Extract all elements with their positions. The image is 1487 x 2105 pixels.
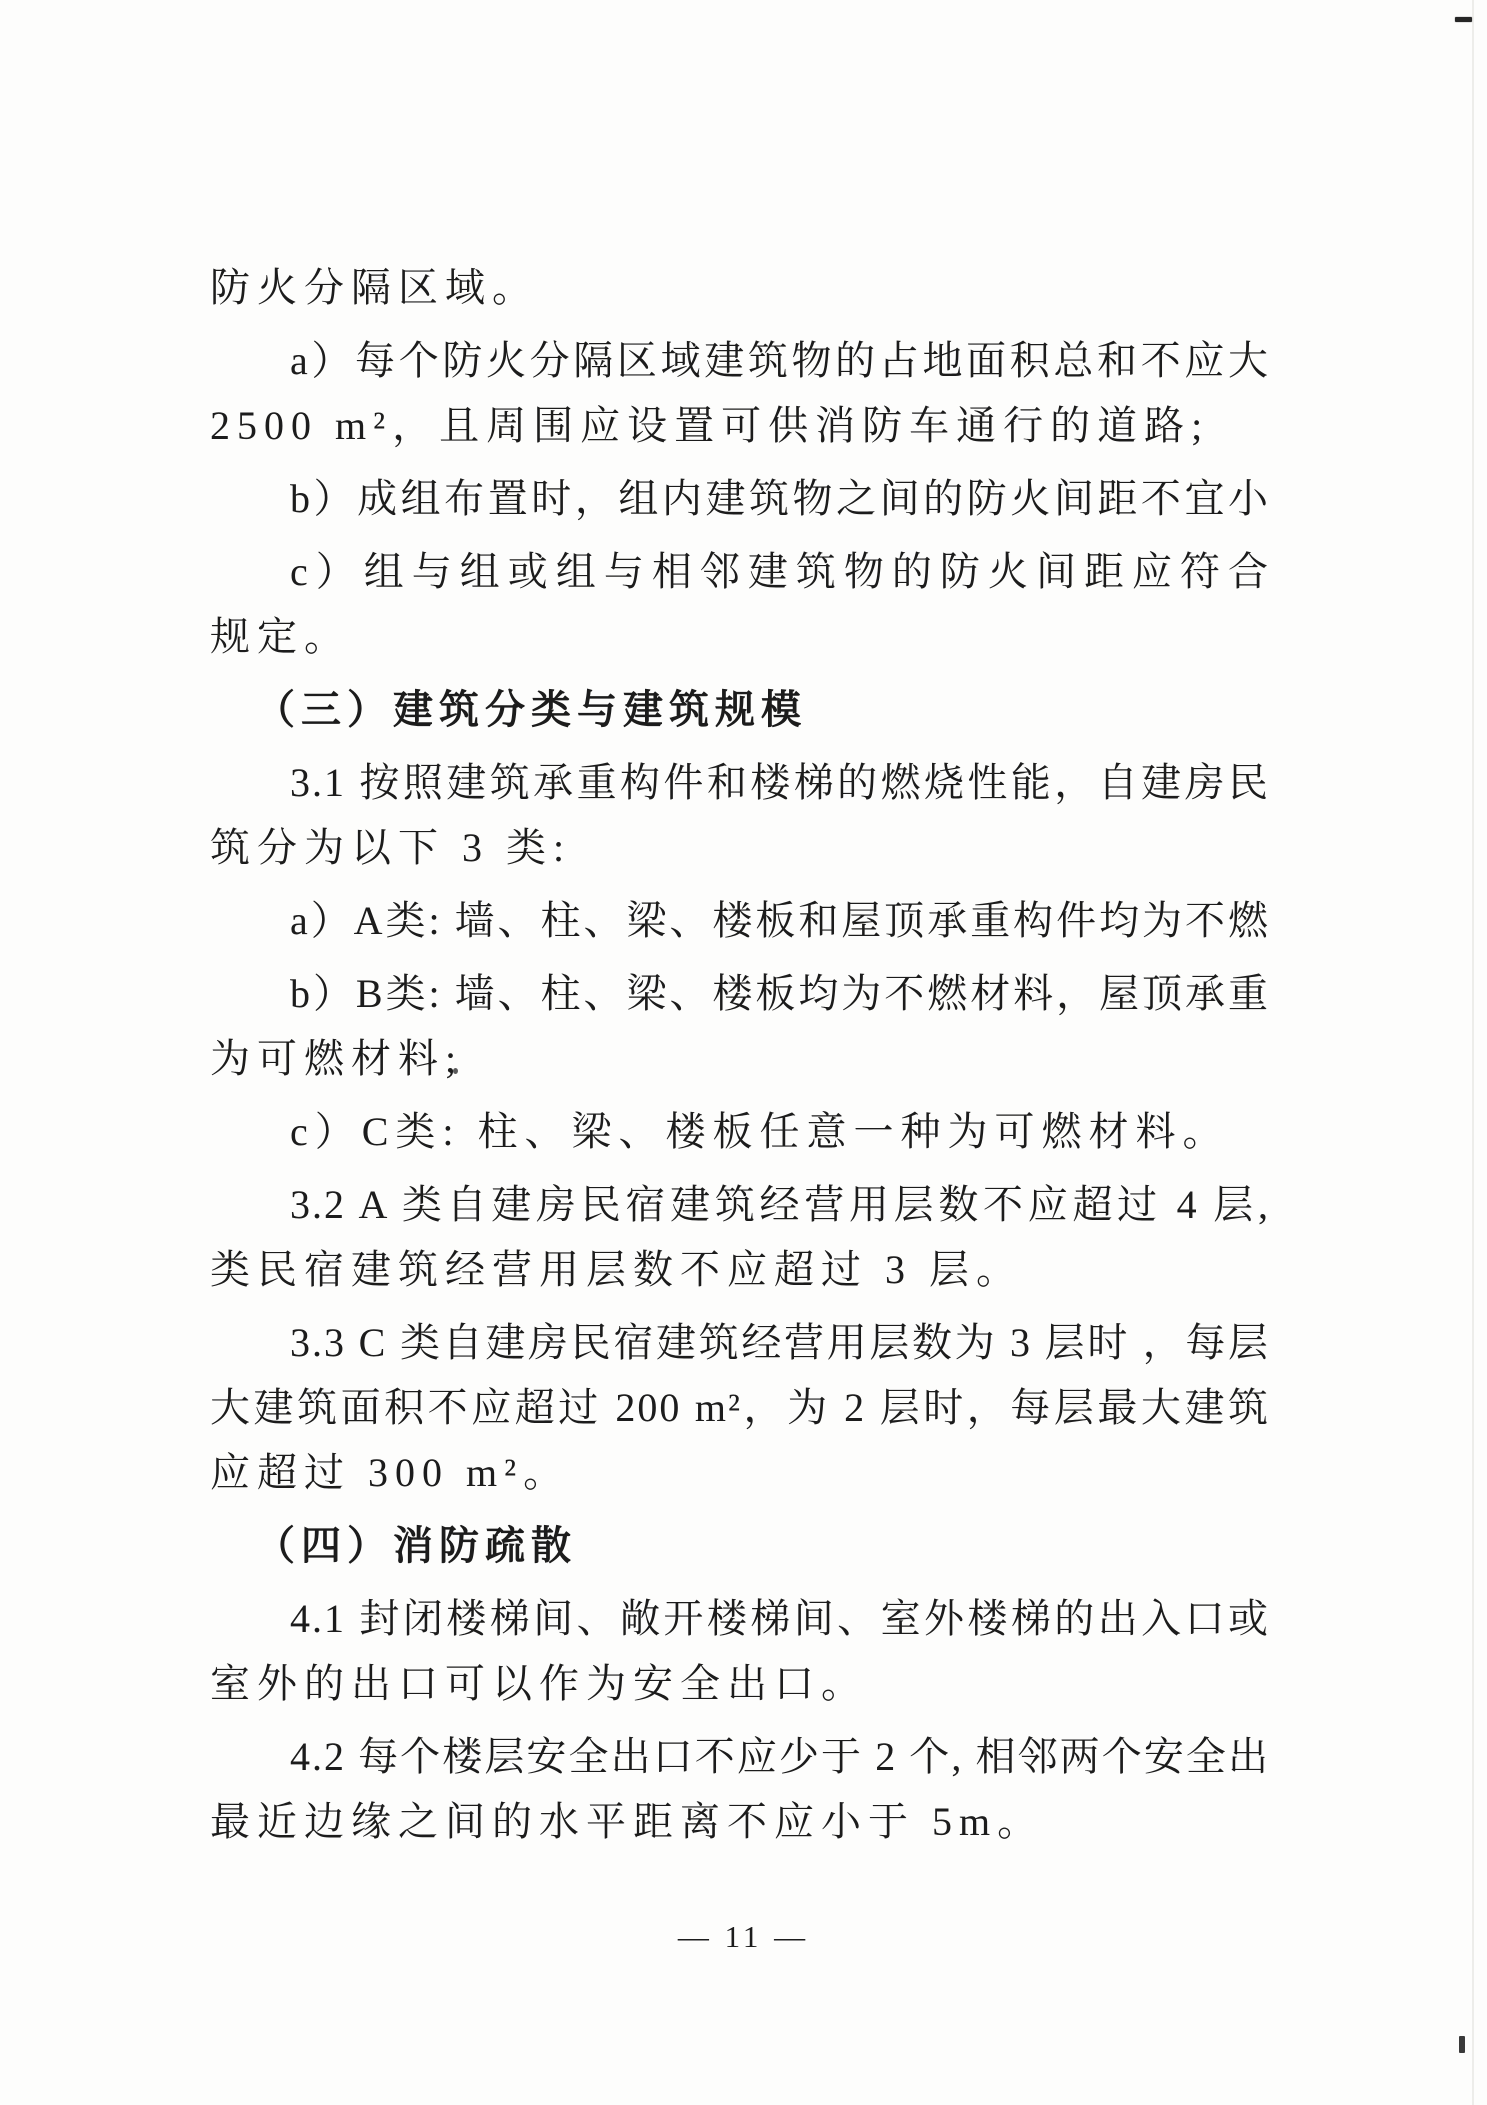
text-line: 筑分为以下 3 类: [210, 815, 1270, 880]
paragraph: c）C类: 柱、梁、楼板任意一种为可燃材料。 [210, 1099, 1270, 1164]
paragraph: 4.2 每个楼层安全出口不应少于 2 个, 相邻两个安全出口最近边缘之间的水平距… [210, 1724, 1270, 1854]
text-line: 为可燃材料; [210, 1026, 1270, 1091]
text-line: c）C类: 柱、梁、楼板任意一种为可燃材料。 [210, 1099, 1270, 1164]
text-line: 4.2 每个楼层安全出口不应少于 2 个, 相邻两个安全出口 [210, 1724, 1270, 1789]
scan-dot-artifact [453, 1068, 458, 1074]
text-line: 3.1 按照建筑承重构件和楼梯的燃烧性能，自建房民宿建 [210, 750, 1270, 815]
text-line: 4.1 封闭楼梯间、敞开楼梯间、室外楼梯的出入口或直通 [210, 1586, 1270, 1651]
text-line: （三）建筑分类与建筑规模 [210, 677, 1270, 742]
paragraph: c）组与组或组与相邻建筑物的防火间距应符合GB50016 的规定。 [210, 539, 1270, 669]
scan-tick-artifact [1459, 2036, 1465, 2053]
text-line: 2500 m²，且周围应设置可供消防车通行的道路; [210, 393, 1270, 458]
text-line: 最近边缘之间的水平距离不应小于 5m。 [210, 1789, 1270, 1854]
text-line: b）B类: 墙、柱、梁、楼板均为不燃材料，屋顶承重构件 [210, 961, 1270, 1026]
text-line: a）每个防火分隔区域建筑物的占地面积总和不应大于 [210, 328, 1270, 393]
scan-dash-artifact [1455, 17, 1472, 22]
text-line: 室外的出口可以作为安全出口。 [210, 1651, 1270, 1716]
paragraph: 防火分隔区域。 [210, 255, 1270, 320]
paragraph: b）B类: 墙、柱、梁、楼板均为不燃材料，屋顶承重构件为可燃材料; [210, 961, 1270, 1091]
text-line: c）组与组或组与相邻建筑物的防火间距应符合GB50016 的 [210, 539, 1270, 604]
section-heading: （三）建筑分类与建筑规模 [210, 677, 1270, 742]
document-page: 防火分隔区域。a）每个防火分隔区域建筑物的占地面积总和不应大于2500 m²，且… [0, 0, 1487, 2105]
paragraph: a）每个防火分隔区域建筑物的占地面积总和不应大于2500 m²，且周围应设置可供… [210, 328, 1270, 458]
text-line: a）A类: 墙、柱、梁、楼板和屋顶承重构件均为不燃材料; [210, 888, 1270, 953]
text-line: （四）消防疏散 [210, 1513, 1270, 1578]
paragraph: 3.2 A 类自建房民宿建筑经营用层数不应超过 4 层, B、C类民宿建筑经营用… [210, 1172, 1270, 1302]
text-line: 3.2 A 类自建房民宿建筑经营用层数不应超过 4 层, B、C [210, 1172, 1270, 1237]
paragraph: 3.1 按照建筑承重构件和楼梯的燃烧性能，自建房民宿建筑分为以下 3 类: [210, 750, 1270, 880]
paragraph: 3.3 C 类自建房民宿建筑经营用层数为 3 层时 ，每层最大建筑面积不应超过 … [210, 1310, 1270, 1505]
text-line: b）成组布置时，组内建筑物之间的防火间距不宜小于 4m; [210, 466, 1270, 531]
page-number: — 11 — [0, 1912, 1487, 1962]
document-body: 防火分隔区域。a）每个防火分隔区域建筑物的占地面积总和不应大于2500 m²，且… [210, 255, 1270, 1854]
text-line: 3.3 C 类自建房民宿建筑经营用层数为 3 层时 ，每层最 [210, 1310, 1270, 1375]
scan-line-artifact [1472, 0, 1474, 2105]
paragraph: a）A类: 墙、柱、梁、楼板和屋顶承重构件均为不燃材料; [210, 888, 1270, 953]
text-line: 规定。 [210, 604, 1270, 669]
paragraph: b）成组布置时，组内建筑物之间的防火间距不宜小于 4m; [210, 466, 1270, 531]
text-line: 应超过 300 m²。 [210, 1440, 1270, 1505]
text-line: 防火分隔区域。 [210, 255, 1270, 320]
paragraph: 4.1 封闭楼梯间、敞开楼梯间、室外楼梯的出入口或直通室外的出口可以作为安全出口… [210, 1586, 1270, 1716]
section-heading: （四）消防疏散 [210, 1513, 1270, 1578]
text-line: 大建筑面积不应超过 200 m²，为 2 层时，每层最大建筑面积不 [210, 1375, 1270, 1440]
text-line: 类民宿建筑经营用层数不应超过 3 层。 [210, 1237, 1270, 1302]
